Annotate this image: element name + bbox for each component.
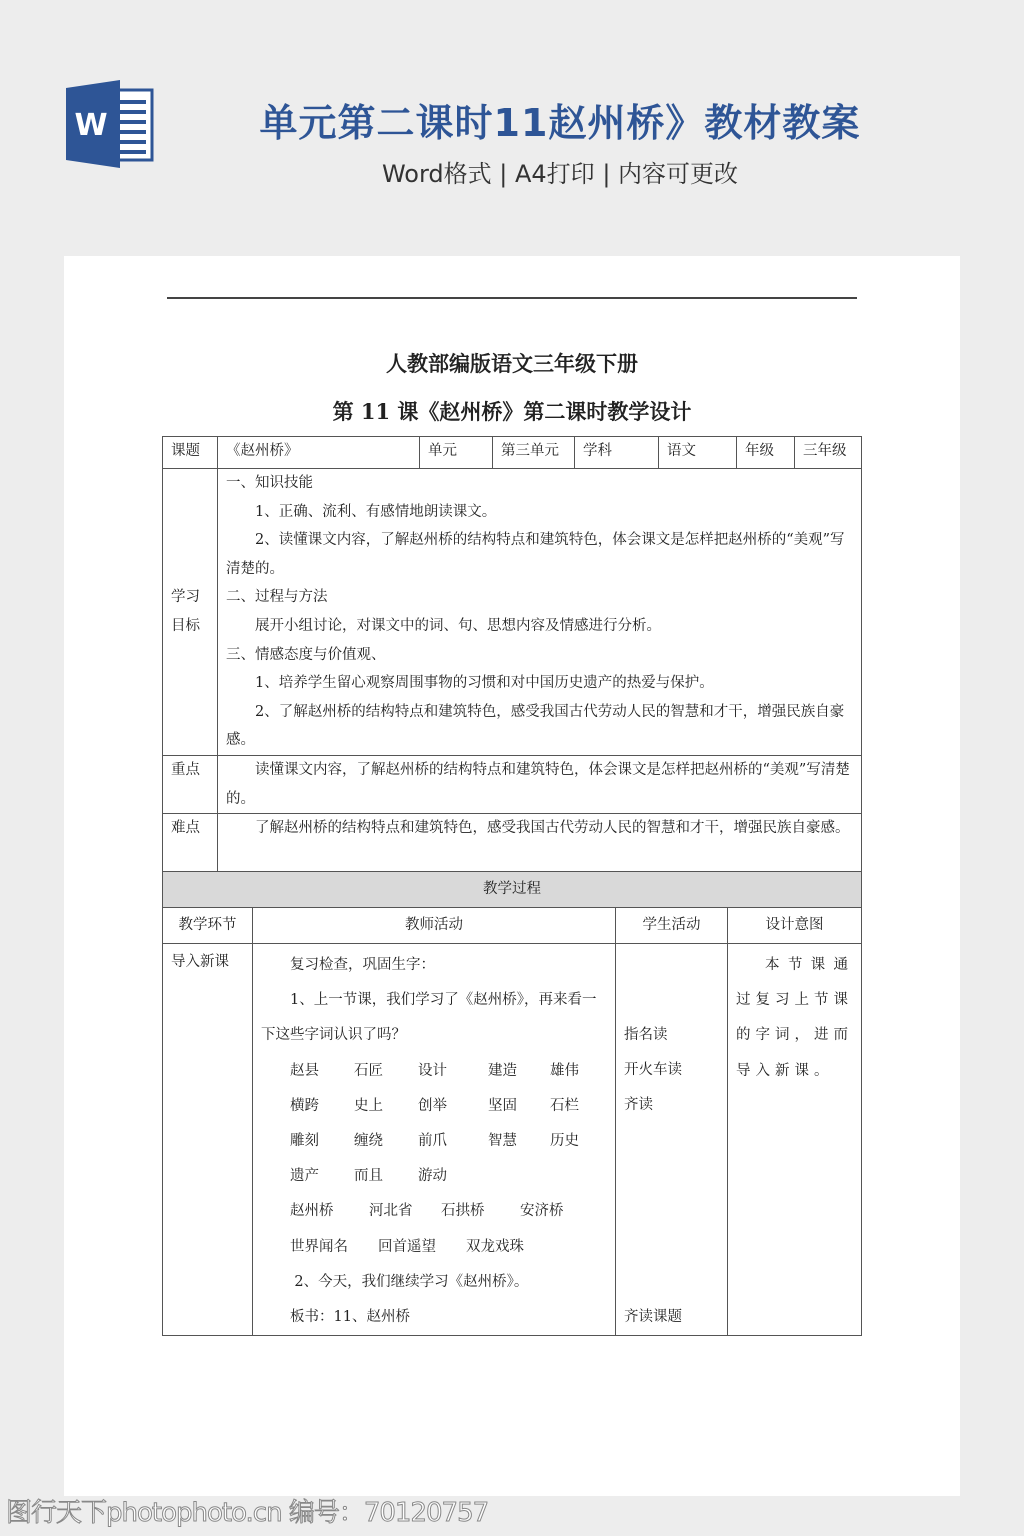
- vocab-row: 横跨史上创举坚固石栏: [261, 1089, 607, 1124]
- teacher-activity-cell: 复习检查，巩固生字： 1、上一节课，我们学习了《赵州桥》，再来看一下这些字词认识…: [253, 944, 616, 1336]
- document-heading: 人教部编版语文三年级下册: [64, 348, 960, 378]
- topic-label: 课题: [163, 437, 218, 469]
- column-header-teacher: 教师活动: [253, 908, 616, 944]
- svg-text:W: W: [74, 108, 107, 143]
- banner-title: 单元第二课时11赵州桥》教材教案: [200, 92, 920, 147]
- subject-label: 学科: [575, 437, 659, 469]
- column-header-intent: 设计意图: [728, 908, 862, 944]
- stage-cell: 导入新课: [163, 944, 253, 1336]
- banner: W 单元第二课时11赵州桥》教材教案 Word格式 | A4打印 | 内容可更改: [0, 0, 1024, 256]
- vocab-row: 世界闻名回首遥望双龙戏珠: [261, 1230, 607, 1265]
- vocab-row: 雕刻缠绕前爪智慧历史: [261, 1124, 607, 1159]
- objectives-label: 学习 目标: [163, 469, 218, 756]
- process-header-row: 教学环节 教师活动 学生活动 设计意图: [163, 908, 862, 944]
- difficulty-label: 难点: [163, 814, 218, 873]
- topic-value: 《赵州桥》: [218, 437, 420, 469]
- vocab-row: 遗产而且游动: [261, 1159, 607, 1194]
- document-page: 人教部编版语文三年级下册 第 11 课《赵州桥》第二课时教学设计 课题 《赵州桥…: [64, 256, 960, 1496]
- key-point-row: 重点 读懂课文内容，了解赵州桥的结构特点和建筑特色，体会课文是怎样把赵州桥的“美…: [163, 755, 862, 813]
- process-row: 导入新课 复习检查，巩固生字： 1、上一节课，我们学习了《赵州桥》，再来看一下这…: [163, 944, 862, 1336]
- teaching-process-table: 教学过程 教学环节 教师活动 学生活动 设计意图 导入新课 复习检查，巩固生字：…: [162, 871, 862, 1336]
- key-point-text: 读懂课文内容，了解赵州桥的结构特点和建筑特色，体会课文是怎样把赵州桥的“美观”写…: [218, 755, 862, 813]
- column-header-student: 学生活动: [616, 908, 728, 944]
- objectives-content: 一、知识技能 1、正确、流利、有感情地朗读课文。 2、读懂课文内容，了解赵州桥的…: [218, 469, 862, 756]
- watermark: 图行天下photophoto.cn 编号：70120757: [6, 1492, 488, 1529]
- subject-value: 语文: [659, 437, 737, 469]
- difficulty-row: 难点 了解赵州桥的结构特点和建筑特色，感受我国古代劳动人民的智慧和才干，增强民族…: [163, 814, 862, 873]
- vocab-row: 赵县石匠设计建造雄伟: [261, 1054, 607, 1089]
- unit-value: 第三单元: [493, 437, 575, 469]
- info-row: 课题 《赵州桥》 单元 第三单元 学科 语文 年级 三年级: [163, 437, 862, 469]
- column-header-stage: 教学环节: [163, 908, 253, 944]
- grade-value: 三年级: [795, 437, 862, 469]
- word-document-icon: W: [64, 80, 156, 168]
- student-activity-cell: 指名读 开火车读 齐读 齐读课题: [616, 944, 728, 1336]
- unit-label: 单元: [420, 437, 493, 469]
- vocab-row: 赵州桥河北省石拱桥安济桥: [261, 1194, 607, 1229]
- design-intent-cell: 本节课通过复习上节课的字词，进而导入新课。: [728, 944, 862, 1336]
- banner-subtitle: Word格式 | A4打印 | 内容可更改: [300, 154, 820, 189]
- document-subheading: 第 11 课《赵州桥》第二课时教学设计: [64, 396, 960, 426]
- difficulty-text: 了解赵州桥的结构特点和建筑特色，感受我国古代劳动人民的智慧和才干，增强民族自豪感…: [218, 814, 862, 873]
- process-section-title: 教学过程: [163, 872, 862, 908]
- grade-label: 年级: [737, 437, 795, 469]
- lesson-info-table: 课题 《赵州桥》 单元 第三单元 学科 语文 年级 三年级 学习 目标 一、知识…: [162, 436, 862, 873]
- header-rule: [167, 297, 857, 299]
- key-point-label: 重点: [163, 755, 218, 813]
- objectives-row: 学习 目标 一、知识技能 1、正确、流利、有感情地朗读课文。 2、读懂课文内容，…: [163, 469, 862, 756]
